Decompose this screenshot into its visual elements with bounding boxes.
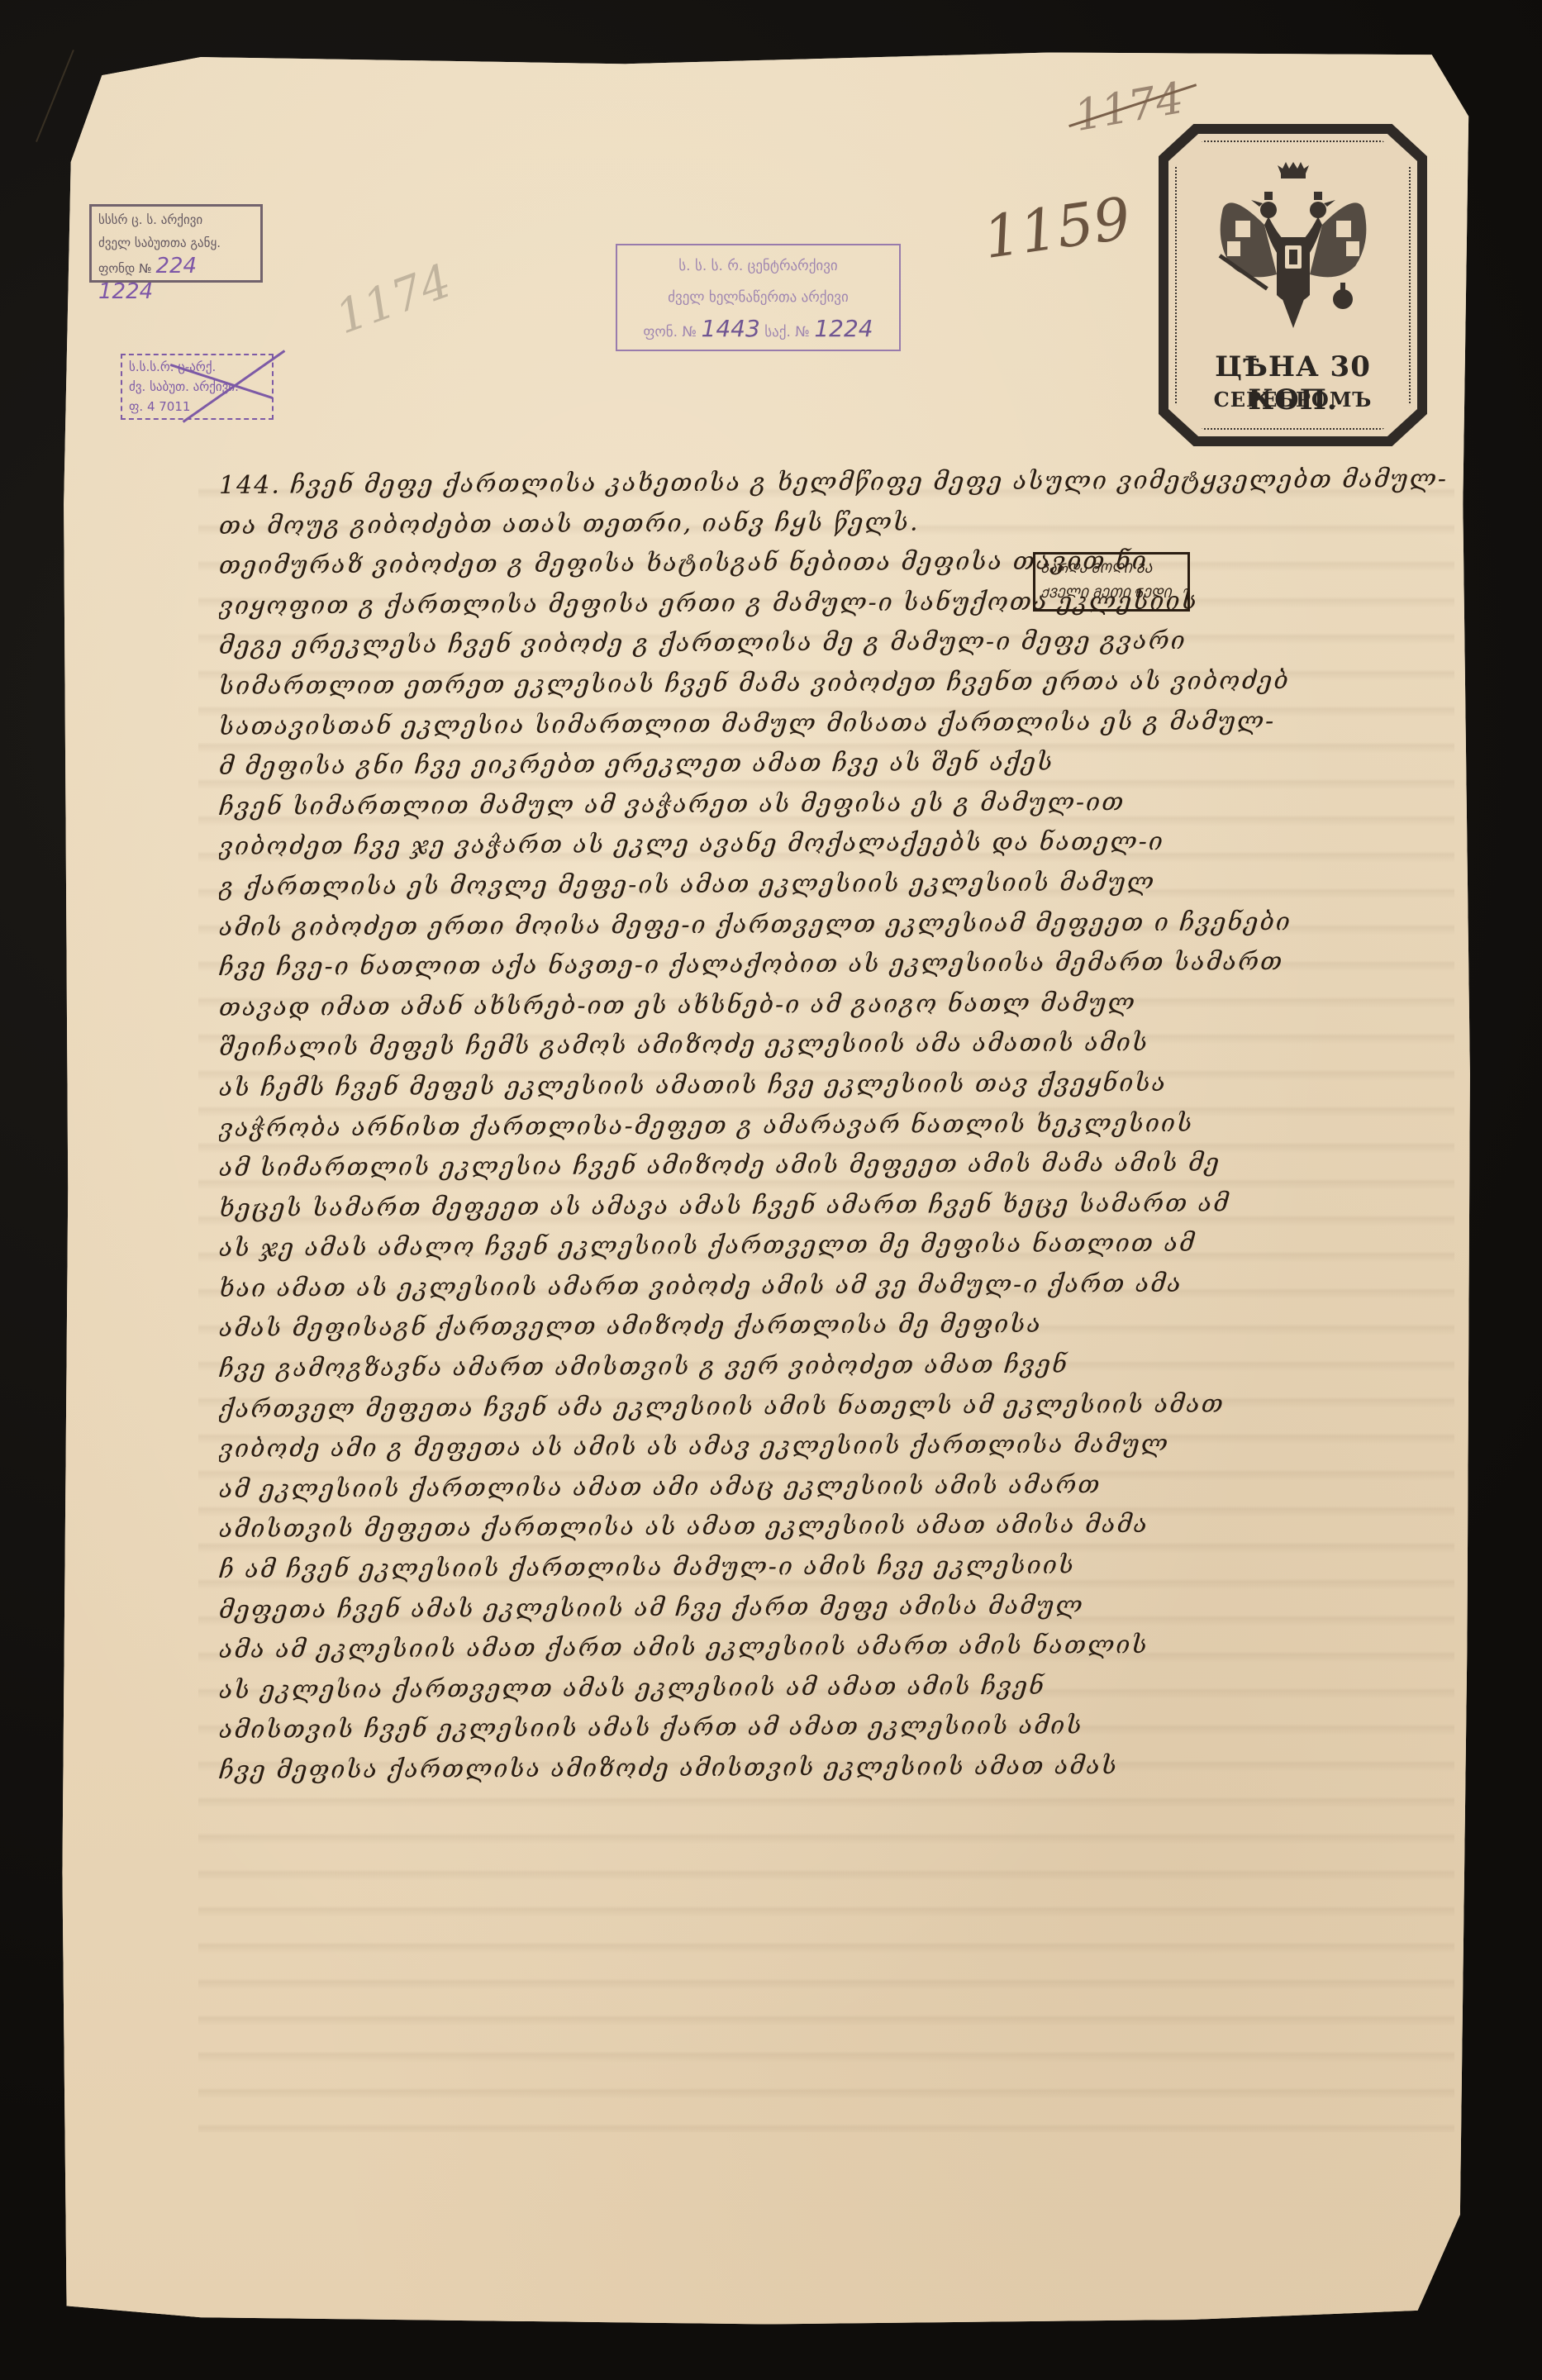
- body-line: ვიყოფით გ ქართლისა მეფისა ერთი გ მამულ-ი…: [219, 580, 1475, 627]
- body-line: ვაჭრობა არნისთ ქართლისა-მეფეთ გ ამარავარ…: [219, 1102, 1475, 1150]
- body-line: ხაი ამათ ას ეკლესიის ამართ ვიბოძე ამის ა…: [219, 1263, 1475, 1310]
- body-line: ამისთვის მეფეთა ქართლისა ას ამათ ეკლესიი…: [219, 1503, 1475, 1550]
- body-line: ხეცეს სამართ მეფეეთ ას ამავა ამას ჩვენ ა…: [219, 1183, 1475, 1230]
- archive-stamp-small-line2: ძველ საბუთთა განყ.: [98, 231, 254, 255]
- body-line: ჩვე ჩვე-ი ნათლით აქა ნავთე-ი ქალაქობით ა…: [219, 941, 1475, 988]
- boxed-annotation-line1: ᲒᲐᲠᲓᲐ ᲛᲝᲓᲘ ᲒᲐ: [1040, 556, 1183, 581]
- fond-number: 4 7011: [147, 399, 191, 414]
- fond-number: 224: [155, 254, 197, 278]
- body-line: ვიბოძე ამი გ მეფეთა ას ამის ას ამავ ეკლე…: [219, 1423, 1475, 1470]
- archive-stamp-center-line2: ძველ ხელნაწერთა არქივი: [622, 282, 894, 313]
- handwritten-body: 144. ჩვენ მეფე ქართლისა კახეთისა გ ხელმწ…: [219, 463, 1475, 1788]
- body-line: გ ქართლისა ეს მოვლე მეფე-ის ამათ ეკლესიი…: [219, 861, 1475, 908]
- entry-number: 144.: [219, 471, 281, 500]
- body-line: თავად იმათ ამან ახსრებ-ით ეს ახსნებ-ი ამ…: [219, 982, 1475, 1029]
- body-line: თა მოუგ გიბოძებთ ათას თეთრი, იანვ ჩყს წე…: [219, 500, 1475, 547]
- body-line: ჩ ამ ჩვენ ეკლესიის ქართლისა მამულ-ი ამის…: [219, 1544, 1475, 1591]
- body-line: შეიჩალის მეფეს ჩემს გამოს ამიზოძე ეკლესი…: [219, 1021, 1475, 1069]
- archive-stamp-center: ს. ს. ს. რ. ცენტრარქივი ძველ ხელნაწერთა …: [616, 244, 901, 351]
- double-headed-eagle-icon: [1198, 159, 1388, 349]
- body-line: თეიმურაზ ვიბოძეთ გ მეფისა ხატისგან ნებით…: [219, 540, 1475, 587]
- body-line: სათავისთან ეკლესია სიმართლით მამულ მისათ…: [219, 701, 1475, 748]
- body-line: 144. ჩვენ მეფე ქართლისა კახეთისა გ ხელმწ…: [219, 459, 1475, 507]
- body-line: ას ეკლესია ქართველთ ამას ეკლესიის ამ ამა…: [219, 1664, 1475, 1711]
- archive-stamp-small-line1: სსსრ ც. ს. არქივი: [98, 208, 254, 231]
- archive-stamp-small-line3: ფონდ № 224 1224: [98, 255, 254, 306]
- fond-label: ფ.: [129, 399, 143, 414]
- archive-stamp-small: სსსრ ც. ს. არქივი ძველ საბუთთა განყ. ფონ…: [89, 204, 263, 283]
- archive-stamp-crossed-out: ს.ს.ს.რ. ც-არქ. ძვ. საბუთ. არქივი. ფ. 4 …: [121, 354, 274, 420]
- body-line: ჩვე მეფისა ქართლისა ამიზოძე ამისთვის ეკლ…: [219, 1745, 1475, 1792]
- item-number: 1224: [814, 315, 873, 342]
- body-line: მეფეთა ჩვენ ამას ეკლესიის ამ ჩვე ქართ მე…: [219, 1584, 1475, 1631]
- item-number: 1224: [98, 279, 153, 304]
- revenue-stamp: ЦѢНА 30 КОП. СЕРЕБРОМЪ: [1159, 124, 1427, 446]
- body-line: ამისთვის ჩვენ ეკლესიის ამას ქართ ამ ამათ…: [219, 1704, 1475, 1751]
- archive-stamp-center-line3: ფონ. № 1443 საქ. № 1224: [622, 313, 894, 348]
- paper-fold-crease: [36, 50, 74, 142]
- body-line: ამის გიბოძეთ ერთი მოისა მეფე-ი ქართველთ …: [219, 902, 1475, 949]
- body-line: ამ ეკლესიის ქართლისა ამათ ამი ამაც ეკლეს…: [219, 1464, 1475, 1511]
- body-line: ჩვენ სიმართლით მამულ ამ ვაჭარეთ ას მეფის…: [219, 781, 1475, 828]
- body-line: მეგე ერეკლესა ჩვენ ვიბოძე გ ქართლისა მე …: [219, 620, 1475, 667]
- body-line: ას ჯე ამას ამალო ჩვენ ეკლესიის ქართველთ …: [219, 1222, 1475, 1269]
- body-line: მ მეფისა გნი ჩვე ეიკრებთ ერეკლეთ ამათ ჩვ…: [219, 740, 1475, 788]
- revenue-stamp-unit: СЕРЕБРОМЪ: [1168, 388, 1417, 412]
- item-label: საქ. №: [764, 324, 810, 340]
- body-line: სიმართლით ეთრეთ ეკლესიას ჩვენ მამა ვიბოძ…: [219, 660, 1475, 707]
- body-line: ამას მეფისაგნ ქართველთ ამიზოძე ქართლისა …: [219, 1302, 1475, 1349]
- body-line: ამა ამ ეკლესიის ამათ ქართ ამის ეკლესიის …: [219, 1624, 1475, 1671]
- fond-number: 1443: [702, 315, 760, 342]
- body-line: ვიბოძეთ ჩვე ჯე ვაჭართ ას ეკლე ავანე მოქა…: [219, 821, 1475, 868]
- body-line: ამ სიმართლის ეკლესია ჩვენ ამიზოძე ამის მ…: [219, 1142, 1475, 1189]
- boxed-annotation: ᲒᲐᲠᲓᲐ ᲛᲝᲓᲘ ᲒᲐ ᲥᲕᲔᲚᲘ ᲛᲔᲗᲘ ᲜᲔᲓᲘ: [1033, 552, 1190, 612]
- revenue-stamp-field: ЦѢНА 30 КОП. СЕРЕБРОМЪ: [1168, 134, 1417, 436]
- fond-label: ფონ. №: [643, 324, 697, 340]
- body-line: ქართველ მეფეთა ჩვენ ამა ეკლესიის ამის ნა…: [219, 1383, 1475, 1430]
- fond-label: ფონდ №: [98, 261, 152, 276]
- body-line: ჩვე გამოგზავნა ამართ ამისთვის გ ვერ ვიბო…: [219, 1343, 1475, 1390]
- body-line: ას ჩემს ჩვენ მეფეს ეკლესიის ამათის ჩვე ე…: [219, 1062, 1475, 1109]
- boxed-annotation-line2: ᲥᲕᲔᲚᲘ ᲛᲔᲗᲘ ᲜᲔᲓᲘ: [1040, 581, 1183, 606]
- archive-stamp-center-line1: ს. ს. ს. რ. ცენტრარქივი: [622, 250, 894, 282]
